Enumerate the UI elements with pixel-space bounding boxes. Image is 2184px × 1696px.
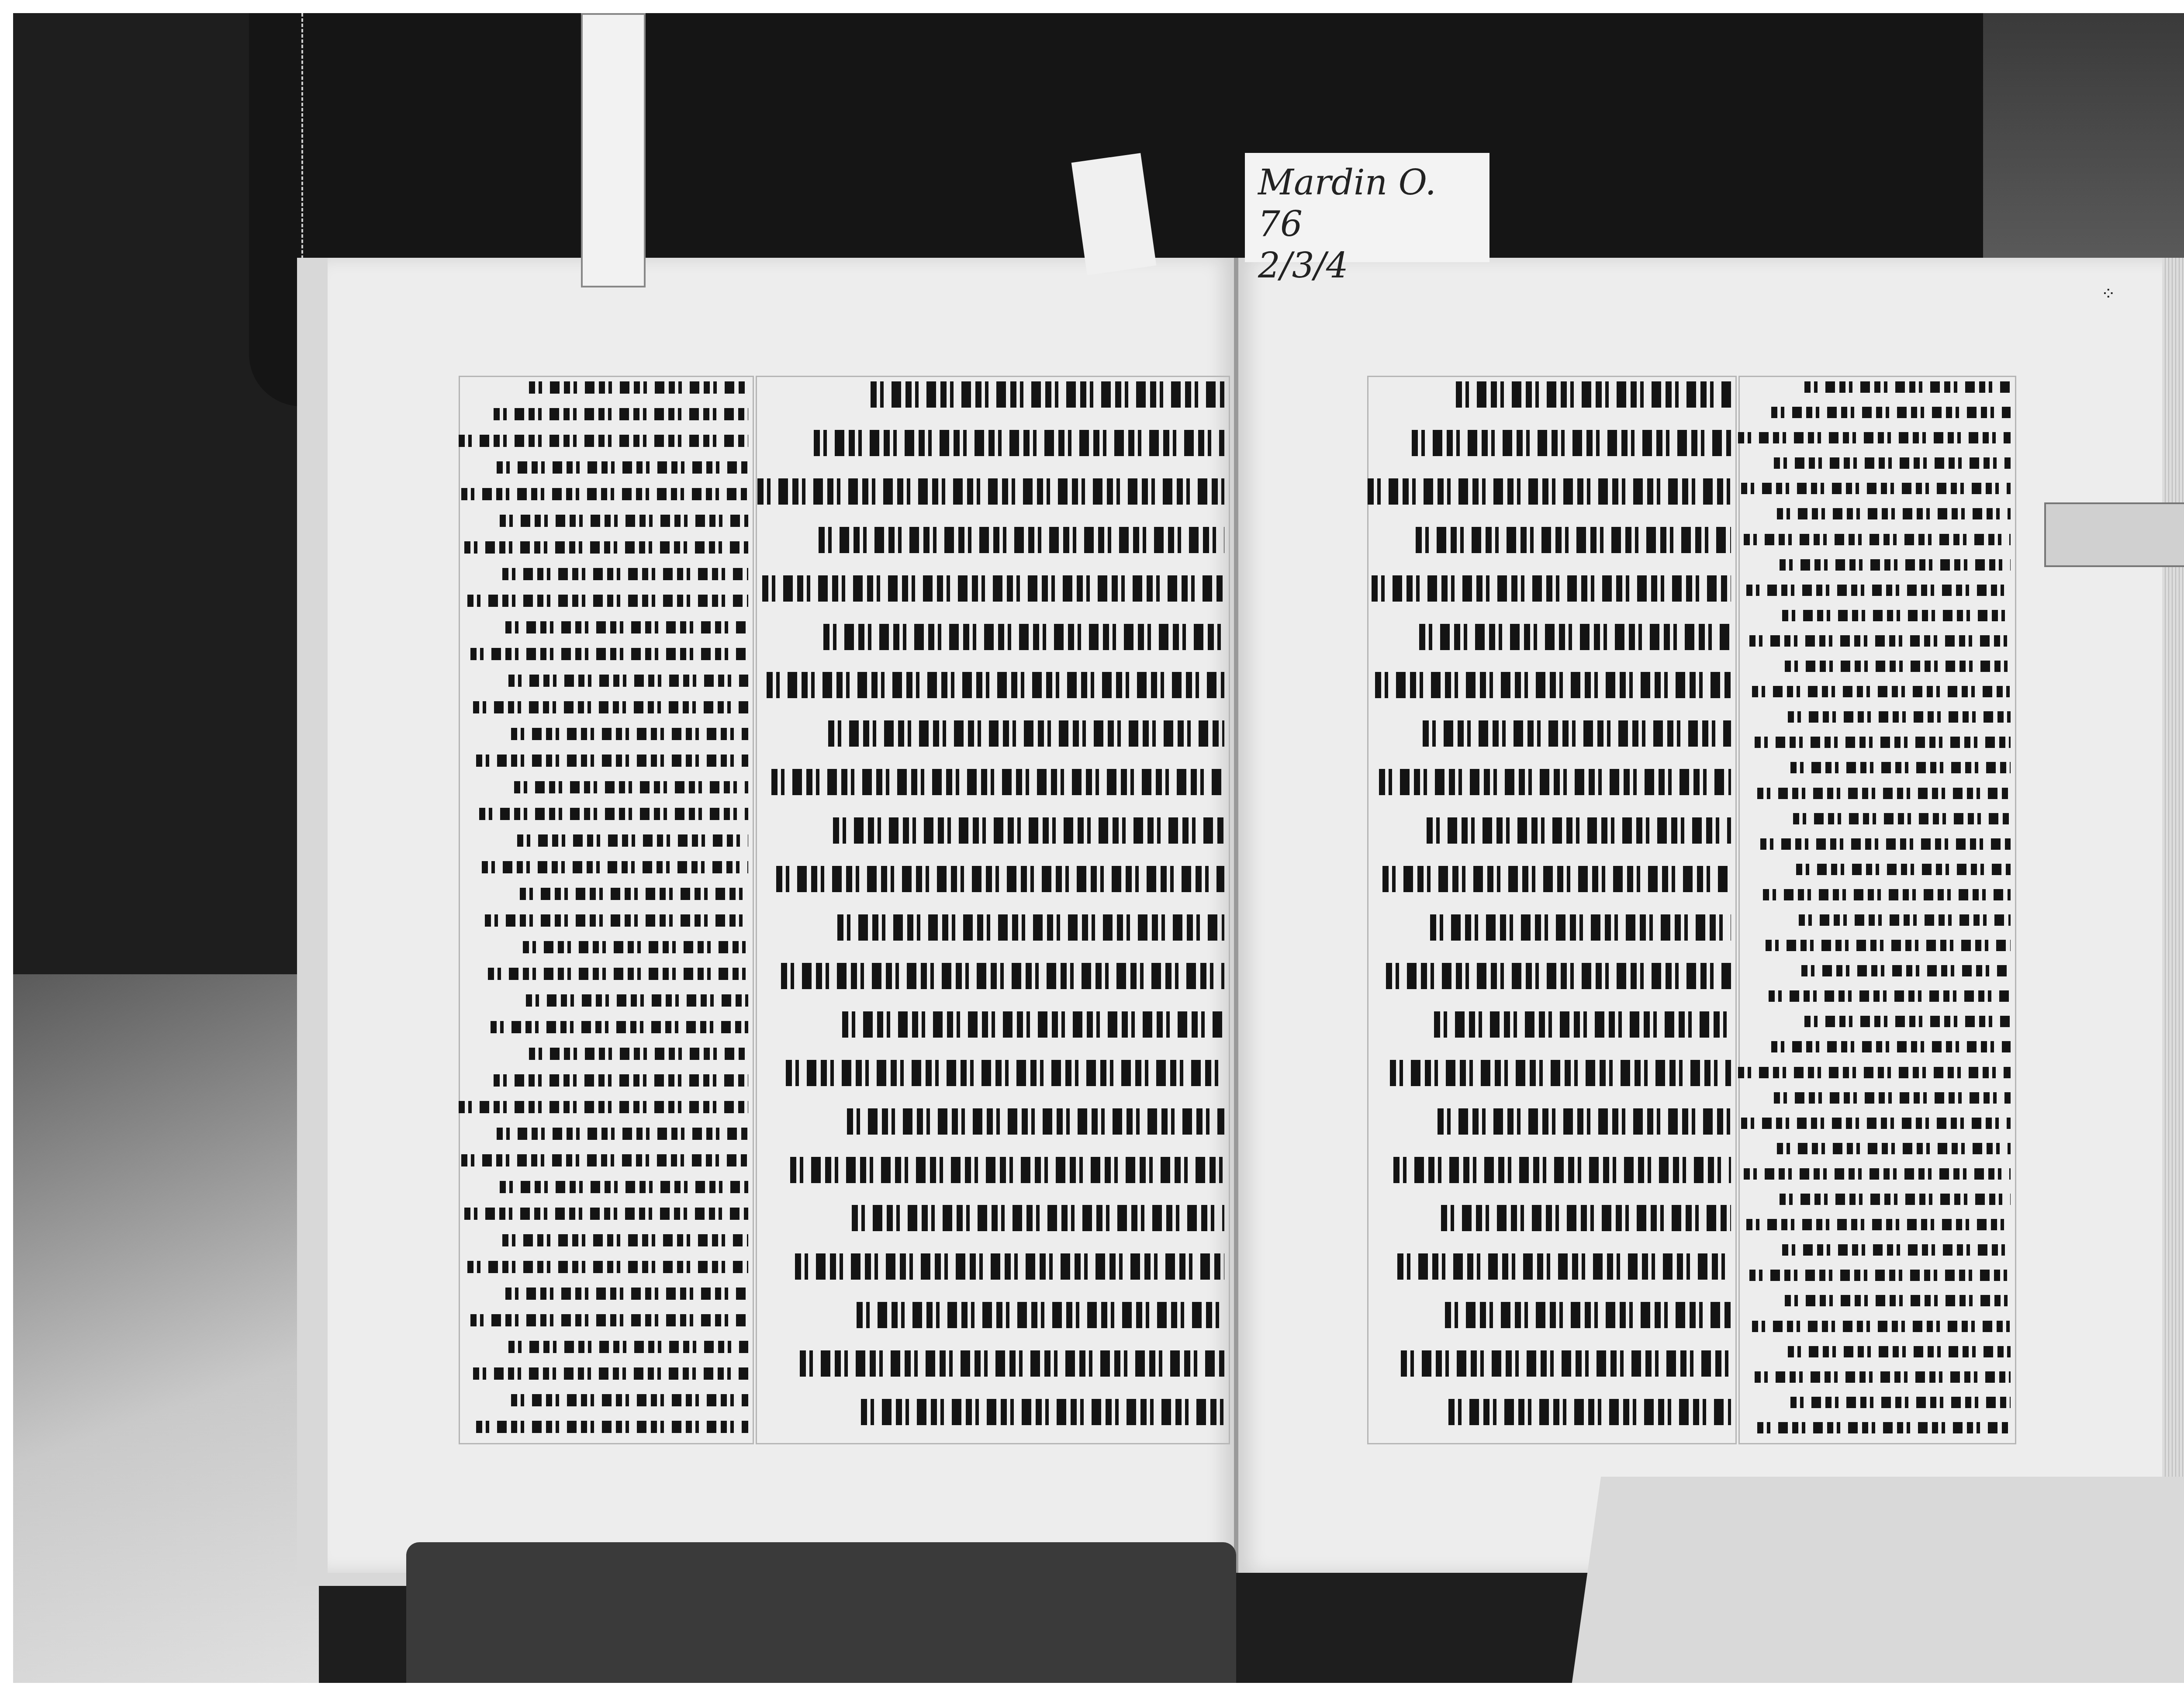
script-line — [819, 527, 1224, 553]
script-line — [1777, 1143, 2011, 1154]
script-line — [1771, 407, 2011, 418]
clothespin-right — [2044, 502, 2184, 567]
script-line — [1372, 575, 1731, 602]
script-line — [1434, 1011, 1731, 1038]
script-line — [479, 808, 748, 820]
script-line — [1419, 624, 1731, 650]
script-line — [1774, 457, 2011, 469]
script-line — [1763, 889, 2011, 900]
script-line — [790, 1157, 1224, 1183]
script-line — [482, 861, 748, 873]
script-line — [776, 866, 1224, 892]
script-line — [1390, 1060, 1731, 1086]
script-line — [461, 1154, 748, 1166]
script-line — [473, 701, 748, 713]
script-line — [861, 1399, 1224, 1425]
script-line — [847, 1108, 1224, 1135]
script-line — [1780, 1194, 2011, 1205]
script-line — [523, 941, 748, 953]
script-line — [470, 648, 749, 660]
box-lid — [1570, 1477, 2184, 1683]
script-line — [464, 1208, 748, 1220]
script-line — [497, 1128, 748, 1140]
script-line — [1801, 965, 2011, 976]
script-line — [1397, 1253, 1731, 1280]
shelfmark-label: Mardin O. 76 2/3/4 — [1245, 153, 1489, 262]
script-line — [502, 1234, 748, 1246]
script-line — [1393, 1157, 1731, 1183]
script-line — [795, 1253, 1224, 1280]
script-line — [1379, 769, 1731, 795]
clothespin-top — [581, 13, 646, 287]
script-line — [1755, 1371, 2011, 1383]
script-line — [814, 430, 1224, 456]
right-page-inner-column — [1367, 376, 1737, 1444]
script-line — [1746, 1219, 2011, 1230]
script-line — [1785, 661, 2011, 672]
script-line — [1427, 817, 1731, 844]
script-line — [1438, 1108, 1731, 1135]
script-line — [1401, 1350, 1731, 1377]
script-line — [1430, 914, 1731, 941]
script-line — [1375, 672, 1731, 698]
script-line — [1741, 483, 2011, 494]
script-line — [1766, 940, 2011, 951]
script-line — [1788, 1346, 2011, 1357]
script-line — [473, 1367, 748, 1380]
script-line — [511, 1394, 748, 1406]
script-line — [1448, 1399, 1731, 1425]
script-line — [1790, 762, 2011, 773]
script-line — [1746, 585, 2011, 596]
script-line — [514, 781, 748, 793]
corner-ornament: ⁘ — [2101, 284, 2116, 304]
script-line — [520, 888, 748, 900]
script-line — [1741, 1118, 2011, 1129]
script-line — [871, 381, 1224, 408]
script-line — [1760, 838, 2011, 850]
cushion — [406, 1542, 1236, 1683]
cloth-background — [13, 974, 319, 1683]
script-line — [1456, 381, 1731, 408]
script-line — [494, 408, 748, 420]
script-line — [1793, 813, 2011, 824]
script-line — [1416, 527, 1731, 553]
page-edges — [2162, 258, 2184, 1494]
script-line — [459, 435, 748, 447]
script-line — [771, 769, 1224, 795]
shelfmark-line-2: 2/3/4 — [1258, 245, 1476, 286]
script-line — [461, 488, 748, 500]
script-line — [1752, 1321, 2011, 1332]
script-line — [1799, 914, 2011, 926]
script-line — [459, 1101, 748, 1113]
script-line — [500, 1181, 749, 1193]
script-line — [505, 621, 748, 633]
script-line — [1790, 1397, 2011, 1408]
script-line — [828, 720, 1224, 747]
script-line — [485, 914, 748, 927]
script-line — [470, 1314, 749, 1326]
script-line — [833, 817, 1224, 844]
script-line — [467, 595, 748, 607]
script-line — [529, 381, 749, 394]
script-line — [1744, 534, 2011, 545]
script-line — [767, 672, 1224, 698]
script-line — [781, 963, 1224, 989]
script-line — [852, 1205, 1224, 1231]
script-line — [800, 1350, 1224, 1377]
script-line — [488, 968, 748, 980]
script-line — [1423, 720, 1731, 747]
script-line — [1738, 1067, 2011, 1078]
script-line — [1757, 1422, 2011, 1433]
script-line — [1368, 478, 1731, 505]
left-page-inner-column — [756, 376, 1230, 1444]
script-line — [762, 575, 1224, 602]
script-line — [494, 1074, 748, 1087]
script-line — [1769, 990, 2011, 1002]
script-line — [1774, 1092, 2011, 1104]
script-line — [508, 675, 748, 687]
script-line — [786, 1060, 1224, 1086]
script-line — [491, 1021, 748, 1033]
script-line — [857, 1302, 1224, 1328]
script-line — [1386, 963, 1731, 989]
script-line — [529, 1048, 749, 1060]
script-line — [502, 568, 748, 580]
script-line — [1441, 1205, 1731, 1231]
script-line — [842, 1011, 1224, 1038]
script-line — [1788, 711, 2011, 723]
script-line — [464, 541, 748, 554]
script-line — [1445, 1302, 1731, 1328]
script-line — [1749, 1270, 2011, 1281]
script-line — [1780, 559, 2011, 571]
book-gutter — [1234, 258, 1238, 1573]
script-line — [505, 1288, 748, 1300]
script-line — [476, 755, 748, 767]
script-line — [1738, 432, 2011, 443]
script-line — [1749, 635, 2011, 647]
script-line — [500, 515, 749, 527]
script-line — [837, 914, 1224, 941]
script-line — [1755, 737, 2011, 748]
photo-frame: Mardin O. 76 2/3/4 ⁘ — [13, 13, 2184, 1683]
script-line — [823, 624, 1224, 650]
script-line — [476, 1421, 748, 1433]
script-line — [1752, 686, 2011, 697]
script-line — [1782, 610, 2011, 621]
script-line — [1796, 864, 2011, 875]
script-line — [1785, 1295, 2011, 1306]
script-line — [497, 461, 748, 474]
script-line — [1382, 866, 1731, 892]
script-line — [511, 728, 748, 740]
left-page-outer-column — [459, 376, 754, 1444]
shelfmark-line-1: Mardin O. 76 — [1258, 162, 1476, 245]
script-line — [526, 994, 748, 1007]
script-line — [757, 478, 1224, 505]
script-line — [517, 834, 748, 847]
script-line — [1777, 508, 2011, 519]
script-line — [508, 1341, 748, 1353]
script-line — [1757, 788, 2011, 799]
right-page-outer-column — [1738, 376, 2016, 1444]
script-line — [1804, 381, 2011, 393]
script-line — [1412, 430, 1731, 456]
script-line — [1744, 1168, 2011, 1180]
script-line — [1771, 1041, 2011, 1052]
script-line — [1804, 1016, 2011, 1027]
script-line — [467, 1261, 748, 1273]
script-line — [1782, 1244, 2011, 1256]
